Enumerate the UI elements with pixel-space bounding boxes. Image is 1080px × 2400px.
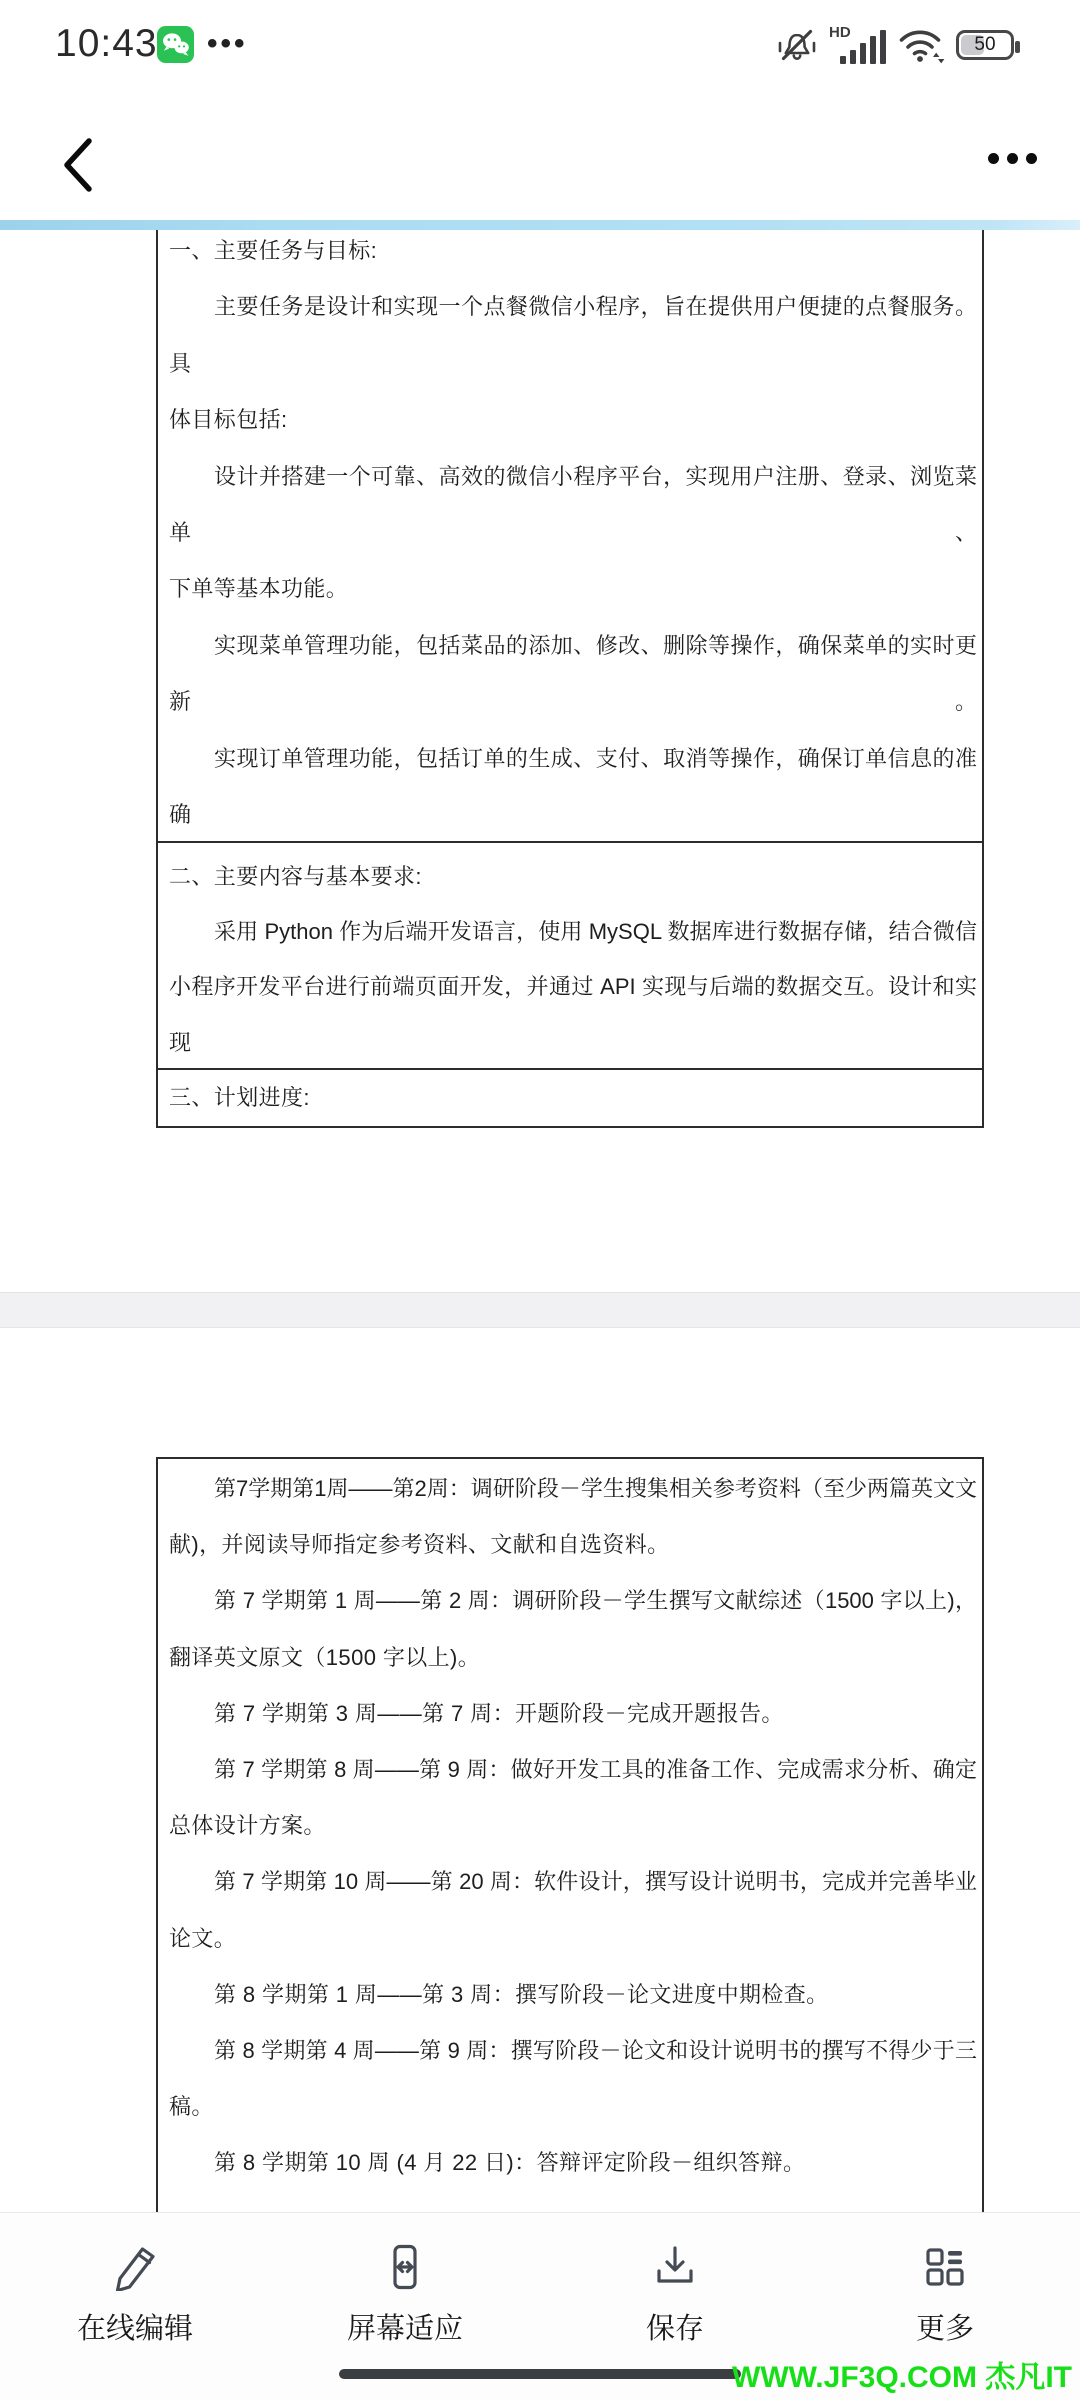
document-scroll-area[interactable]: 一、主要任务与目标:主要任务是设计和实现一个点餐微信小程序，旨在提供用户便捷的点… bbox=[0, 230, 1080, 2212]
doc-text-line: 第 7 学期第 3 周——第 7 周：开题阶段－完成开题报告。 bbox=[169, 1686, 977, 1742]
scroll-progress-bar bbox=[0, 220, 1080, 230]
page-separator bbox=[0, 1292, 1080, 1328]
table-row-tasks-goals: 一、主要任务与目标:主要任务是设计和实现一个点餐微信小程序，旨在提供用户便捷的点… bbox=[158, 230, 982, 843]
doc-text-line: 第 8 学期第 10 周 (4 月 22 日)：答辩评定阶段－组织答辩。 bbox=[169, 2135, 977, 2191]
wifi-icon bbox=[898, 25, 946, 65]
table-row-content-requirements: 二、主要内容与基本要求:采用 Python 作为后端开发语言，使用 MySQL … bbox=[158, 843, 982, 1070]
nav-bar bbox=[0, 120, 1080, 215]
doc-text-line: 二、主要内容与基本要求: bbox=[169, 849, 977, 904]
doc-text-line: 第7学期第1周——第2周：调研阶段－学生搜集相关参考资料（至少两篇英文文 bbox=[169, 1461, 977, 1517]
doc-text-line: 一、主要任务与目标: bbox=[169, 230, 977, 279]
doc-text-line: 实现订单管理功能，包括订单的生成、支付、取消等操作，确保订单信息的准确 bbox=[169, 731, 977, 843]
more-dots-icon bbox=[988, 153, 999, 164]
fit-screen-icon bbox=[381, 2243, 429, 2291]
doc-text-line: 第 7 学期第 1 周——第 2 周：调研阶段－学生撰写文献综述（1500 字以… bbox=[169, 1573, 977, 1629]
doc-text-line: 小程序开发平台进行前端页面开发，并通过 API 实现与后端的数据交互。设计和实现 bbox=[169, 959, 977, 1069]
home-indicator[interactable] bbox=[339, 2369, 741, 2379]
doc-text-line: 第 7 学期第 10 周——第 20 周：软件设计，撰写设计说明书，完成并完善毕… bbox=[169, 1854, 977, 1910]
doc-text-line: 第 8 学期第 4 周——第 9 周：撰写阶段－论文和设计说明书的撰写不得少于三 bbox=[169, 2023, 977, 2079]
notification-overflow-dots: ••• bbox=[207, 27, 248, 61]
doc-text-line: 主要任务是设计和实现一个点餐微信小程序，旨在提供用户便捷的点餐服务。具 bbox=[169, 279, 977, 392]
battery-percentage: 50 bbox=[959, 34, 1011, 56]
more-label: 更多 bbox=[916, 2306, 974, 2347]
back-button[interactable] bbox=[50, 130, 106, 200]
more-grid-icon bbox=[921, 2243, 969, 2291]
watermark-text: WWW.JF3Q.COM 杰凡IT bbox=[732, 2352, 1072, 2396]
mute-vibrate-icon bbox=[776, 25, 818, 65]
doc-table-page1: 一、主要任务与目标:主要任务是设计和实现一个点餐微信小程序，旨在提供用户便捷的点… bbox=[156, 230, 984, 1128]
wechat-notification-icon bbox=[157, 26, 194, 63]
save-icon bbox=[651, 2243, 699, 2291]
doc-text-line: 体目标包括: bbox=[169, 392, 977, 448]
doc-text-line: 稿。 bbox=[169, 2079, 977, 2135]
doc-text-line: 实现菜单管理功能，包括菜品的添加、修改、删除等操作，确保菜单的实时更新。 bbox=[169, 618, 977, 731]
doc-text-line: 论文。 bbox=[169, 1911, 977, 1967]
table-row-plan-schedule: 三、计划进度: bbox=[158, 1070, 982, 1122]
edit-icon bbox=[111, 2243, 159, 2291]
doc-text-line: 设计并搭建一个可靠、高效的微信小程序平台，实现用户注册、登录、浏览菜单、 bbox=[169, 449, 977, 562]
doc-text-line: 献)，并阅读导师指定参考资料、文献和自选资料。 bbox=[169, 1517, 977, 1573]
doc-table-page2: 第7学期第1周——第2周：调研阶段－学生搜集相关参考资料（至少两篇英文文献)，并… bbox=[156, 1457, 984, 2212]
doc-text-line: 采用 Python 作为后端开发语言，使用 MySQL 数据库进行数据存储，结合… bbox=[169, 904, 977, 959]
online-edit-button[interactable]: 在线编辑 bbox=[0, 2213, 270, 2400]
screen: 10:43 ••• bbox=[0, 0, 1080, 2400]
status-time: 10:43 bbox=[55, 22, 158, 66]
online-edit-label: 在线编辑 bbox=[77, 2306, 193, 2347]
doc-text-line: 下单等基本功能。 bbox=[169, 561, 977, 617]
save-label: 保存 bbox=[646, 2306, 704, 2347]
doc-text-line: 翻译英文原文（1500 字以上)。 bbox=[169, 1630, 977, 1686]
nav-more-button[interactable] bbox=[988, 153, 1037, 164]
back-chevron-icon bbox=[56, 136, 100, 194]
doc-text-line: 第 8 学期第 1 周——第 3 周：撰写阶段－论文进度中期检查。 bbox=[169, 1967, 977, 2023]
doc-text-line: 三、计划进度: bbox=[169, 1070, 977, 1122]
status-bar: 10:43 ••• bbox=[0, 0, 1080, 75]
doc-text-line: 总体设计方案。 bbox=[169, 1798, 977, 1854]
fit-screen-label: 屏幕适应 bbox=[347, 2306, 463, 2347]
cell-signal-hd-icon: HD bbox=[828, 24, 888, 66]
battery-indicator: 50 bbox=[956, 30, 1014, 60]
svg-text:HD: HD bbox=[829, 24, 851, 41]
doc-text-line: 第 7 学期第 8 周——第 9 周：做好开发工具的准备工作、完成需求分析、确定 bbox=[169, 1742, 977, 1798]
